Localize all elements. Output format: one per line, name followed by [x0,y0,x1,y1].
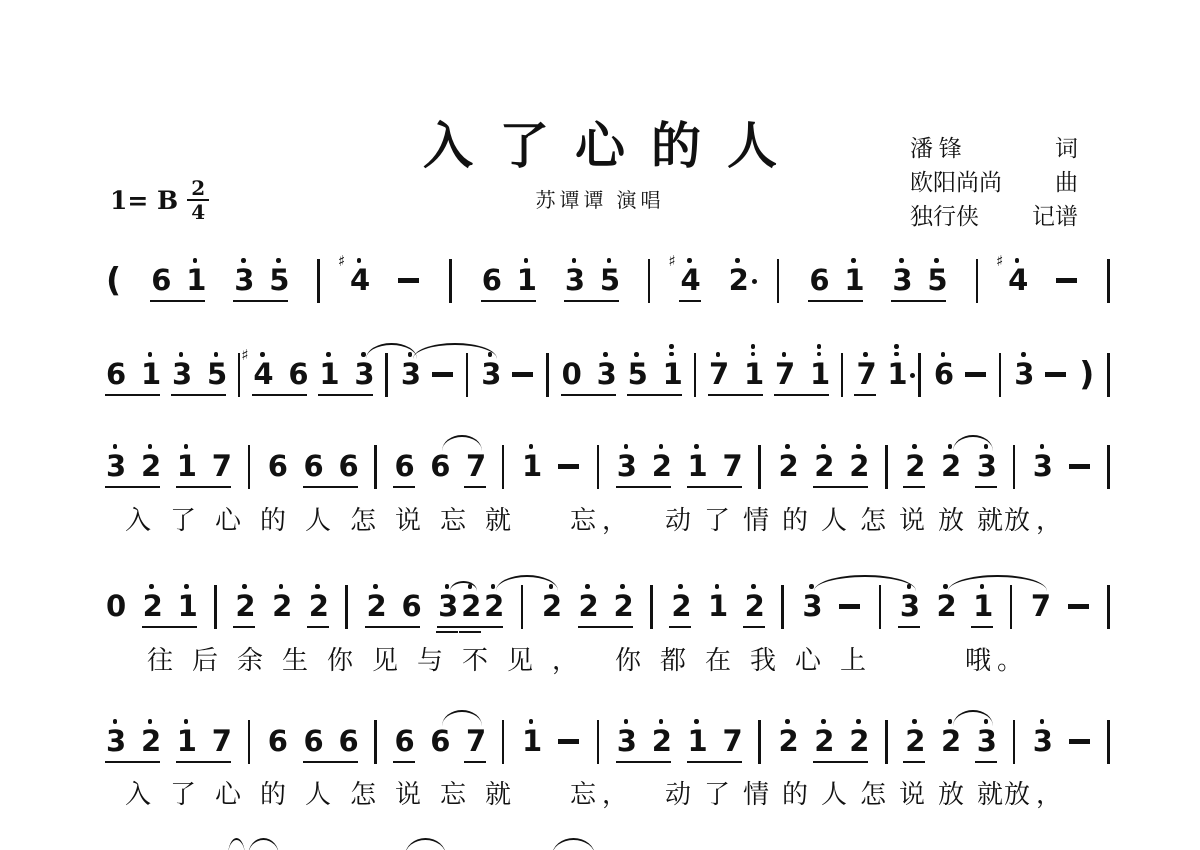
beam-line [303,486,358,488]
note: 3 [106,709,124,773]
note: 1 [177,709,195,773]
note-digit: 2 [729,265,747,295]
barline [758,445,761,489]
note-digit: 3 [172,359,190,389]
octave-dot [751,344,756,349]
barline [1107,259,1110,303]
note: 5 [628,342,646,406]
beam-line [627,394,682,396]
note: 5 [269,248,287,312]
note: 1 [522,434,540,498]
underline-beam [669,626,691,628]
barline [1013,445,1016,489]
barline [248,720,251,764]
note: 2 [309,574,327,638]
lyrics-segment: 入了心的人怎说忘就 [125,774,530,811]
note: 7 [723,434,741,498]
octave-dot [529,719,534,724]
note-digit: 2 [849,726,867,756]
note: 6 [304,434,322,498]
note: 3 [617,434,635,498]
beam-line [105,486,160,488]
beam-group: 61 [809,248,862,312]
note-digit: 6 [482,265,500,295]
note-digit: 1 [887,359,905,389]
dash-continuation [432,372,453,377]
note: 5 [927,248,945,312]
key-label: 1= B [110,186,178,215]
slur-fragment [248,838,279,850]
octave-dot [572,258,577,263]
note-digit: 2 [941,451,959,481]
note-digit: 3 [234,265,252,295]
beam-group: 17 [688,434,741,498]
note-digit: 2 [814,726,832,756]
note-digit: 5 [628,359,646,389]
barline [449,259,452,303]
note: 6 [288,342,306,406]
note-digit: 6 [339,451,357,481]
beam-line [813,486,868,488]
note: 6 [482,248,500,312]
octave-dot [715,584,720,589]
octave-dot [184,719,189,724]
note-digit: 3 [900,591,918,621]
lyrics-segment: 动了情的人怎说放就 [665,774,1016,811]
beam-line [318,394,373,396]
note: 1 [186,248,204,312]
beam-group: 22 [814,434,867,498]
note-digit: 2 [614,591,632,621]
beam-line [687,486,742,488]
beam-group: 61 [106,342,159,406]
octave-dot [624,719,629,724]
barline [374,720,377,764]
note-digit: 6 [430,451,448,481]
note: 2 [366,574,384,638]
note: 3 [565,248,583,312]
underline-beam [464,761,486,763]
beam-line [687,761,742,763]
octave-dot [524,258,529,263]
lyrics-segment: 你都在我心上 [615,640,885,677]
note-digit: 2 [141,451,159,481]
note: 3 [1014,342,1032,406]
beam-line [813,761,868,763]
note-digit: 6 [395,726,413,756]
note-digit: 1 [688,726,706,756]
underline-beam [903,486,925,488]
note-digit: 4 [253,359,271,389]
beam-group: 35 [172,342,225,406]
note: 0 [106,574,124,638]
note: 7 [709,342,727,406]
note: 1 [810,342,828,406]
key-signature: 1= B 2 4 [110,178,209,222]
note: 2 [141,709,159,773]
barline [466,353,469,397]
beam-line [142,626,197,628]
octave-dot [678,584,683,589]
note: ♯4 [253,342,271,406]
note: 2 [652,434,670,498]
underline-beam [436,631,458,633]
note: 6 [809,248,827,312]
lyrics-segment: 往后余生你见与不见， [147,640,597,677]
octave-dot [716,352,721,357]
barline [521,585,524,629]
octave-dot [894,344,899,349]
note: 0 [562,342,580,406]
barline [317,259,320,303]
note-digit: 3 [565,265,583,295]
underline-beam [975,761,997,763]
beam-group: 66 [304,709,357,773]
note: 5 [207,342,225,406]
beam-group: 17 [177,709,230,773]
note-digit: 1 [319,359,337,389]
barline [841,353,844,397]
octave-dot [260,352,265,357]
note: 3 [1033,709,1051,773]
note: 3 [106,434,124,498]
note-digit: 0 [562,359,580,389]
dash-continuation [1045,372,1066,377]
octave-dot [751,584,756,589]
octave-dot [912,444,917,449]
barline [918,353,921,397]
note-digit: 3 [597,359,615,389]
beam-line [708,394,763,396]
beam-line [176,761,231,763]
note-digit: 3 [802,591,820,621]
octave-dot [785,719,790,724]
note-digit: 2 [309,591,327,621]
note-digit: 3 [481,359,499,389]
note-digit: 2 [905,726,923,756]
octave-dot [357,258,362,263]
note-digit: 2 [905,451,923,481]
note-digit: 6 [268,726,286,756]
credit-lyricist: 潘 锋 词 [910,132,1078,166]
octave-dot [634,352,639,357]
octave-dot [863,352,868,357]
sharp-sign: ♯ [996,252,1003,270]
note-digit: 7 [212,451,230,481]
beam-line [564,300,619,302]
note-digit: 7 [723,451,741,481]
note: 1 [844,248,862,312]
beam-group: 22 [579,574,632,638]
beam-line [808,300,863,302]
note-digit: 4 [1008,265,1026,295]
time-signature: 2 4 [187,178,209,222]
note-digit: 7 [1031,591,1049,621]
note-digit: 2 [461,591,479,621]
barline [885,445,888,489]
note-digit: 3 [617,451,635,481]
note-digit: 1 [688,451,706,481]
beam-line [616,486,671,488]
octave-dot [948,444,953,449]
barline [345,585,348,629]
note-digit: 2 [779,451,797,481]
octave-dot [943,584,948,589]
beam-group: 26 [366,574,419,638]
note-digit: 1 [522,726,540,756]
octave-dot [326,352,331,357]
lyrics-segment: 入了心的人怎说忘就 [125,500,530,537]
score-line-1: (6135♯46135♯426135♯4 [106,248,1110,312]
octave-dot [603,352,608,357]
phrase-paren: ) [1079,356,1094,392]
slur-fragment [228,838,245,850]
note: 1 [887,342,905,406]
note: 6 [268,709,286,773]
note: 1 [688,434,706,498]
note-digit: 2 [745,591,763,621]
note-digit: 2 [941,726,959,756]
barline [238,353,241,397]
octave-dot [184,444,189,449]
note: 3 [172,342,190,406]
note-digit: 6 [401,591,419,621]
underline-beam [307,626,329,628]
note-digit: 7 [723,726,741,756]
octave-dot [491,584,496,589]
credits-block: 潘 锋 词 欧阳尚尚 曲 独行侠 记谱 [910,132,1078,234]
note: 6 [339,434,357,498]
augmentation-dot [910,373,915,378]
beam-group: 17 [688,709,741,773]
beam-group: 35 [565,248,618,312]
slur-fragment [405,838,446,850]
note-digit: 2 [272,591,290,621]
note-digit: 7 [709,359,727,389]
note-digit: 1 [177,451,195,481]
octave-dot [669,352,674,357]
beam-group: 13 [319,342,372,406]
octave-dot [856,444,861,449]
beam-group: 32 [106,434,159,498]
note-digit: 3 [617,726,635,756]
note-digit: 6 [304,726,322,756]
note-digit: 3 [892,265,910,295]
octave-dot [1015,258,1020,263]
note-digit: 6 [151,265,169,295]
beam-line [171,394,226,396]
phrase-paren: ( [106,262,121,298]
note: 2 [579,574,597,638]
sharp-sign: ♯ [338,252,345,270]
sheet-music-page: 入了心的人 苏谭谭 演唱 潘 锋 词 欧阳尚尚 曲 独行侠 记谱 1= B 2 … [0,0,1200,850]
octave-dot [659,719,664,724]
octave-dot [184,584,189,589]
lyrics-line-3: 入了心的人怎说忘就忘，动了情的人怎说放就放， [0,774,1200,810]
score-line-5: 3217666667132172222233 [106,709,1110,773]
beam-group: 71 [709,342,762,406]
octave-dot [241,258,246,263]
beam-line [437,626,503,628]
note: 6 [151,248,169,312]
lyrics-segment: 动了情的人怎说放就 [665,500,1016,537]
barline [1010,585,1013,629]
beam-group: 32 [617,434,670,498]
dash-continuation [839,604,860,609]
underline-beam [975,486,997,488]
note: 2 [905,709,923,773]
barline [1107,585,1110,629]
note: 2 [143,574,161,638]
note: 7 [212,709,230,773]
beam-group: 51 [628,342,681,406]
note: 3 [892,248,910,312]
note: 1 [663,342,681,406]
note-digit: 5 [600,265,618,295]
note: 1 [688,709,706,773]
note-digit: 2 [484,591,502,621]
note-digit: 1 [844,265,862,295]
note: 2 [745,574,763,638]
octave-dot [821,719,826,724]
beam-group: 35 [234,248,287,312]
octave-dot [694,444,699,449]
score-line-3: 3217666667132172222233 [106,434,1110,498]
beam-line [774,394,829,396]
note-digit: 2 [579,591,597,621]
underline-beam [971,626,993,628]
barline [374,445,377,489]
credit-transcriber: 独行侠 记谱 [910,200,1078,234]
octave-dot [851,258,856,263]
note-digit: 2 [652,451,670,481]
barline [1107,445,1110,489]
octave-dot [1040,444,1045,449]
octave-dot [934,258,939,263]
beam-group: 35 [892,248,945,312]
underline-beam [854,394,876,396]
note: 2 [652,709,670,773]
lyrics-segment: 忘， [570,500,634,537]
score-line-4: 0212222632222221233217 [106,574,1110,638]
note-digit: 2 [814,451,832,481]
note: 7 [856,342,874,406]
note: 2 [849,709,867,773]
note: 2 [814,709,832,773]
barline [976,259,979,303]
beam-group: 17 [177,434,230,498]
barline [1107,720,1110,764]
note-digit: 3 [401,359,419,389]
beam-group: ♯46 [253,342,306,406]
note: 6 [304,709,322,773]
sharp-sign: ♯ [669,252,676,270]
underline-beam [898,626,920,628]
note: 7 [723,709,741,773]
lyrics-line-1: 入了心的人怎说忘就忘，动了情的人怎说放就放， [0,500,1200,536]
octave-dot [735,258,740,263]
beam-line [252,394,307,396]
beam-line [578,626,633,628]
note-digit: 6 [395,451,413,481]
note-digit: 3 [1033,726,1051,756]
note-digit: 3 [106,451,124,481]
barline [1107,353,1110,397]
dash-continuation [558,739,579,744]
dash-continuation [398,278,419,283]
note-digit: 2 [235,591,253,621]
note: 1 [319,342,337,406]
dash-continuation [965,372,986,377]
beam-group: 03 [562,342,615,406]
note: ♯4 [350,248,368,312]
note-digit: 2 [542,591,560,621]
time-signature-numerator: 2 [187,178,209,201]
note-digit: 2 [936,591,954,621]
beam-line [150,300,205,302]
note: 7 [212,434,230,498]
note-digit: 3 [106,726,124,756]
note: 3 [617,709,635,773]
octave-dot [193,258,198,263]
note: 5 [600,248,618,312]
barline [879,585,882,629]
score-line-2: 6135♯461333035171717163) [106,342,1110,406]
beam-line [891,300,946,302]
note-digit: 2 [779,726,797,756]
octave-dot [821,444,826,449]
note-digit: 3 [438,591,456,621]
lyrics-line-2: 往后余生你见与不见，你都在我心上哦。 [0,640,1200,676]
note: 2 [614,574,632,638]
octave-dot [817,352,822,357]
note-digit: 2 [366,591,384,621]
note: 2 [141,434,159,498]
note: 2 [235,574,253,638]
beam-group: 61 [151,248,204,312]
barline [546,353,549,397]
beam-line [176,486,231,488]
note: 1 [178,574,196,638]
barline [248,445,251,489]
note-digit: 1 [973,591,991,621]
underline-beam [903,761,925,763]
note-digit: 1 [177,726,195,756]
lyrics-segment: 放， [1004,774,1068,811]
note-digit: 7 [212,726,230,756]
credit-name: 欧阳尚尚 [910,166,1002,200]
note-digit: 2 [141,726,159,756]
credit-role: 记谱 [1032,200,1078,234]
beam-group: 32 [106,709,159,773]
octave-dot [315,584,320,589]
barline [650,585,653,629]
octave-dot [361,352,366,357]
lyrics-segment: 放， [1004,500,1068,537]
note-digit: 6 [430,726,448,756]
note: 2 [814,434,832,498]
note: 1 [177,434,195,498]
octave-dot [694,719,699,724]
octave-dot [113,444,118,449]
note-digit: 7 [466,451,484,481]
note-digit: 3 [977,451,995,481]
octave-dot [276,258,281,263]
octave-dot [148,719,153,724]
sharp-sign: ♯ [241,346,248,364]
beam-group: 32 [617,709,670,773]
barline [694,353,697,397]
